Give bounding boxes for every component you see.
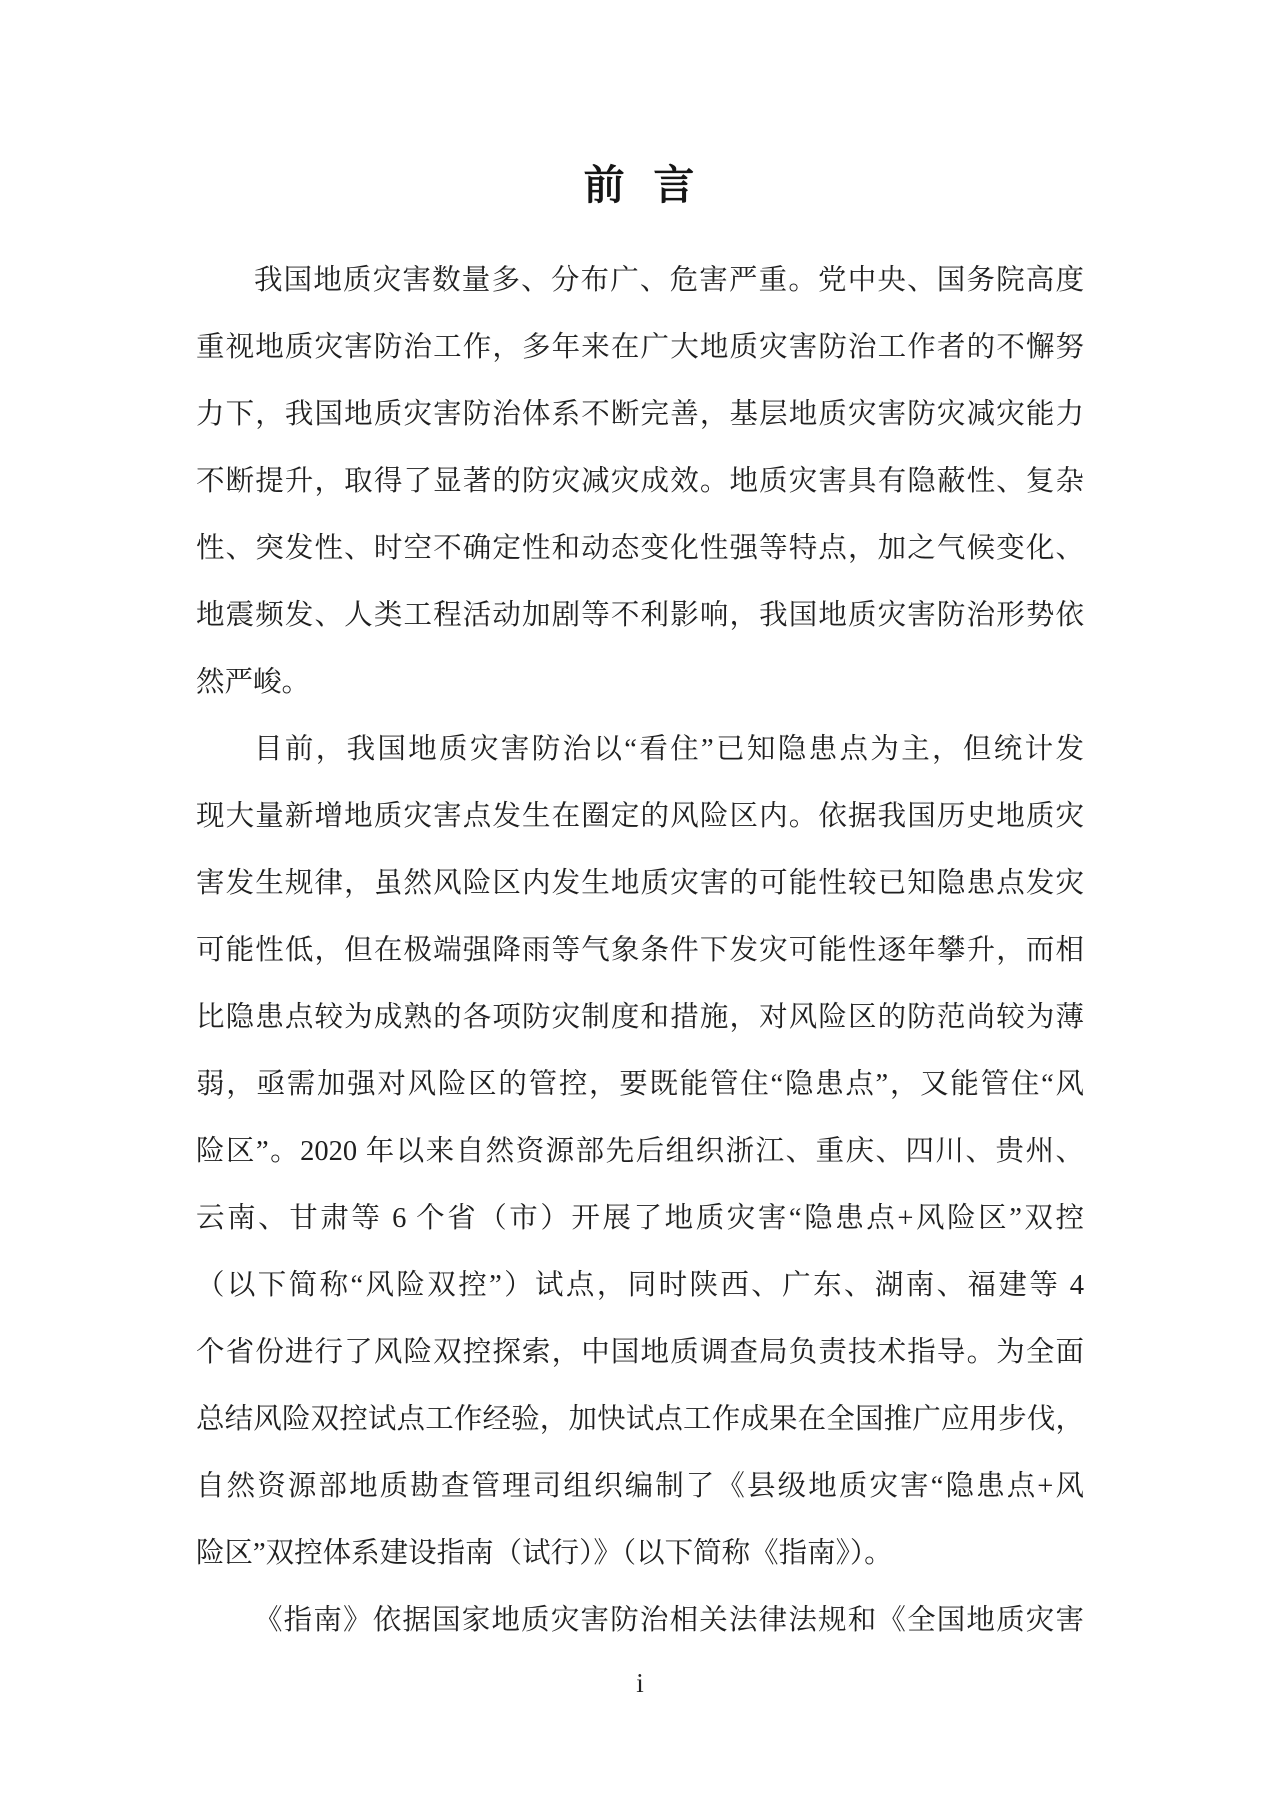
- text-line: 重视地质灾害防治工作，多年来在广大地质灾害防治工作者的不懈努: [196, 314, 1084, 381]
- text-line: （以下简称“风险双控”）试点，同时陕西、广东、湖南、福建等 4: [196, 1252, 1084, 1319]
- body-text: 我国地质灾害数量多、分布广、危害严重。党中央、国务院高度 重视地质灾害防治工作，…: [196, 247, 1084, 1654]
- text-line: 险区”。2020 年以来自然资源部先后组织浙江、重庆、四川、贵州、: [196, 1118, 1084, 1185]
- text-line: 不断提升，取得了显著的防灾减灾成效。地质灾害具有隐蔽性、复杂: [196, 448, 1084, 515]
- text-line: 我国地质灾害数量多、分布广、危害严重。党中央、国务院高度: [196, 247, 1084, 314]
- text-line: 可能性低，但在极端强降雨等气象条件下发灾可能性逐年攀升，而相: [196, 917, 1084, 984]
- text-line: 地震频发、人类工程活动加剧等不利影响，我国地质灾害防治形势依: [196, 582, 1084, 649]
- text-line: 性、突发性、时空不确定性和动态变化性强等特点，加之气候变化、: [196, 515, 1084, 582]
- text-line: 力下，我国地质灾害防治体系不断完善，基层地质灾害防灾减灾能力: [196, 381, 1084, 448]
- page-number: i: [0, 1668, 1280, 1699]
- page-title: 前 言: [0, 152, 1280, 211]
- text-line: 云南、甘肃等 6 个省（市）开展了地质灾害“隐患点+风险区”双控: [196, 1185, 1084, 1252]
- paragraph-2: 目前，我国地质灾害防治以“看住”已知隐患点为主，但统计发 现大量新增地质灾害点发…: [196, 716, 1084, 1587]
- text-line: 自然资源部地质勘查管理司组织编制了《县级地质灾害“隐患点+风: [196, 1453, 1084, 1520]
- text-line: 害发生规律，虽然风险区内发生地质灾害的可能性较已知隐患点发灾: [196, 850, 1084, 917]
- text-line: 弱，亟需加强对风险区的管控，要既能管住“隐患点”，又能管住“风: [196, 1051, 1084, 1118]
- text-line: 总结风险双控试点工作经验，加快试点工作成果在全国推广应用步伐，: [196, 1386, 1084, 1453]
- text-line: 《指南》依据国家地质灾害防治相关法律法规和《全国地质灾害: [196, 1587, 1084, 1654]
- text-line: 现大量新增地质灾害点发生在圈定的风险区内。依据我国历史地质灾: [196, 783, 1084, 850]
- document-page: 前 言 我国地质灾害数量多、分布广、危害严重。党中央、国务院高度 重视地质灾害防…: [0, 0, 1280, 1810]
- text-line: 险区”双控体系建设指南（试行）》（以下简称《指南》）。: [196, 1520, 1084, 1587]
- text-line: 比隐患点较为成熟的各项防灾制度和措施，对风险区的防范尚较为薄: [196, 984, 1084, 1051]
- paragraph-3: 《指南》依据国家地质灾害防治相关法律法规和《全国地质灾害: [196, 1587, 1084, 1654]
- paragraph-1: 我国地质灾害数量多、分布广、危害严重。党中央、国务院高度 重视地质灾害防治工作，…: [196, 247, 1084, 716]
- text-line: 然严峻。: [196, 649, 1084, 716]
- text-line: 个省份进行了风险双控探索，中国地质调查局负责技术指导。为全面: [196, 1319, 1084, 1386]
- text-line: 目前，我国地质灾害防治以“看住”已知隐患点为主，但统计发: [196, 716, 1084, 783]
